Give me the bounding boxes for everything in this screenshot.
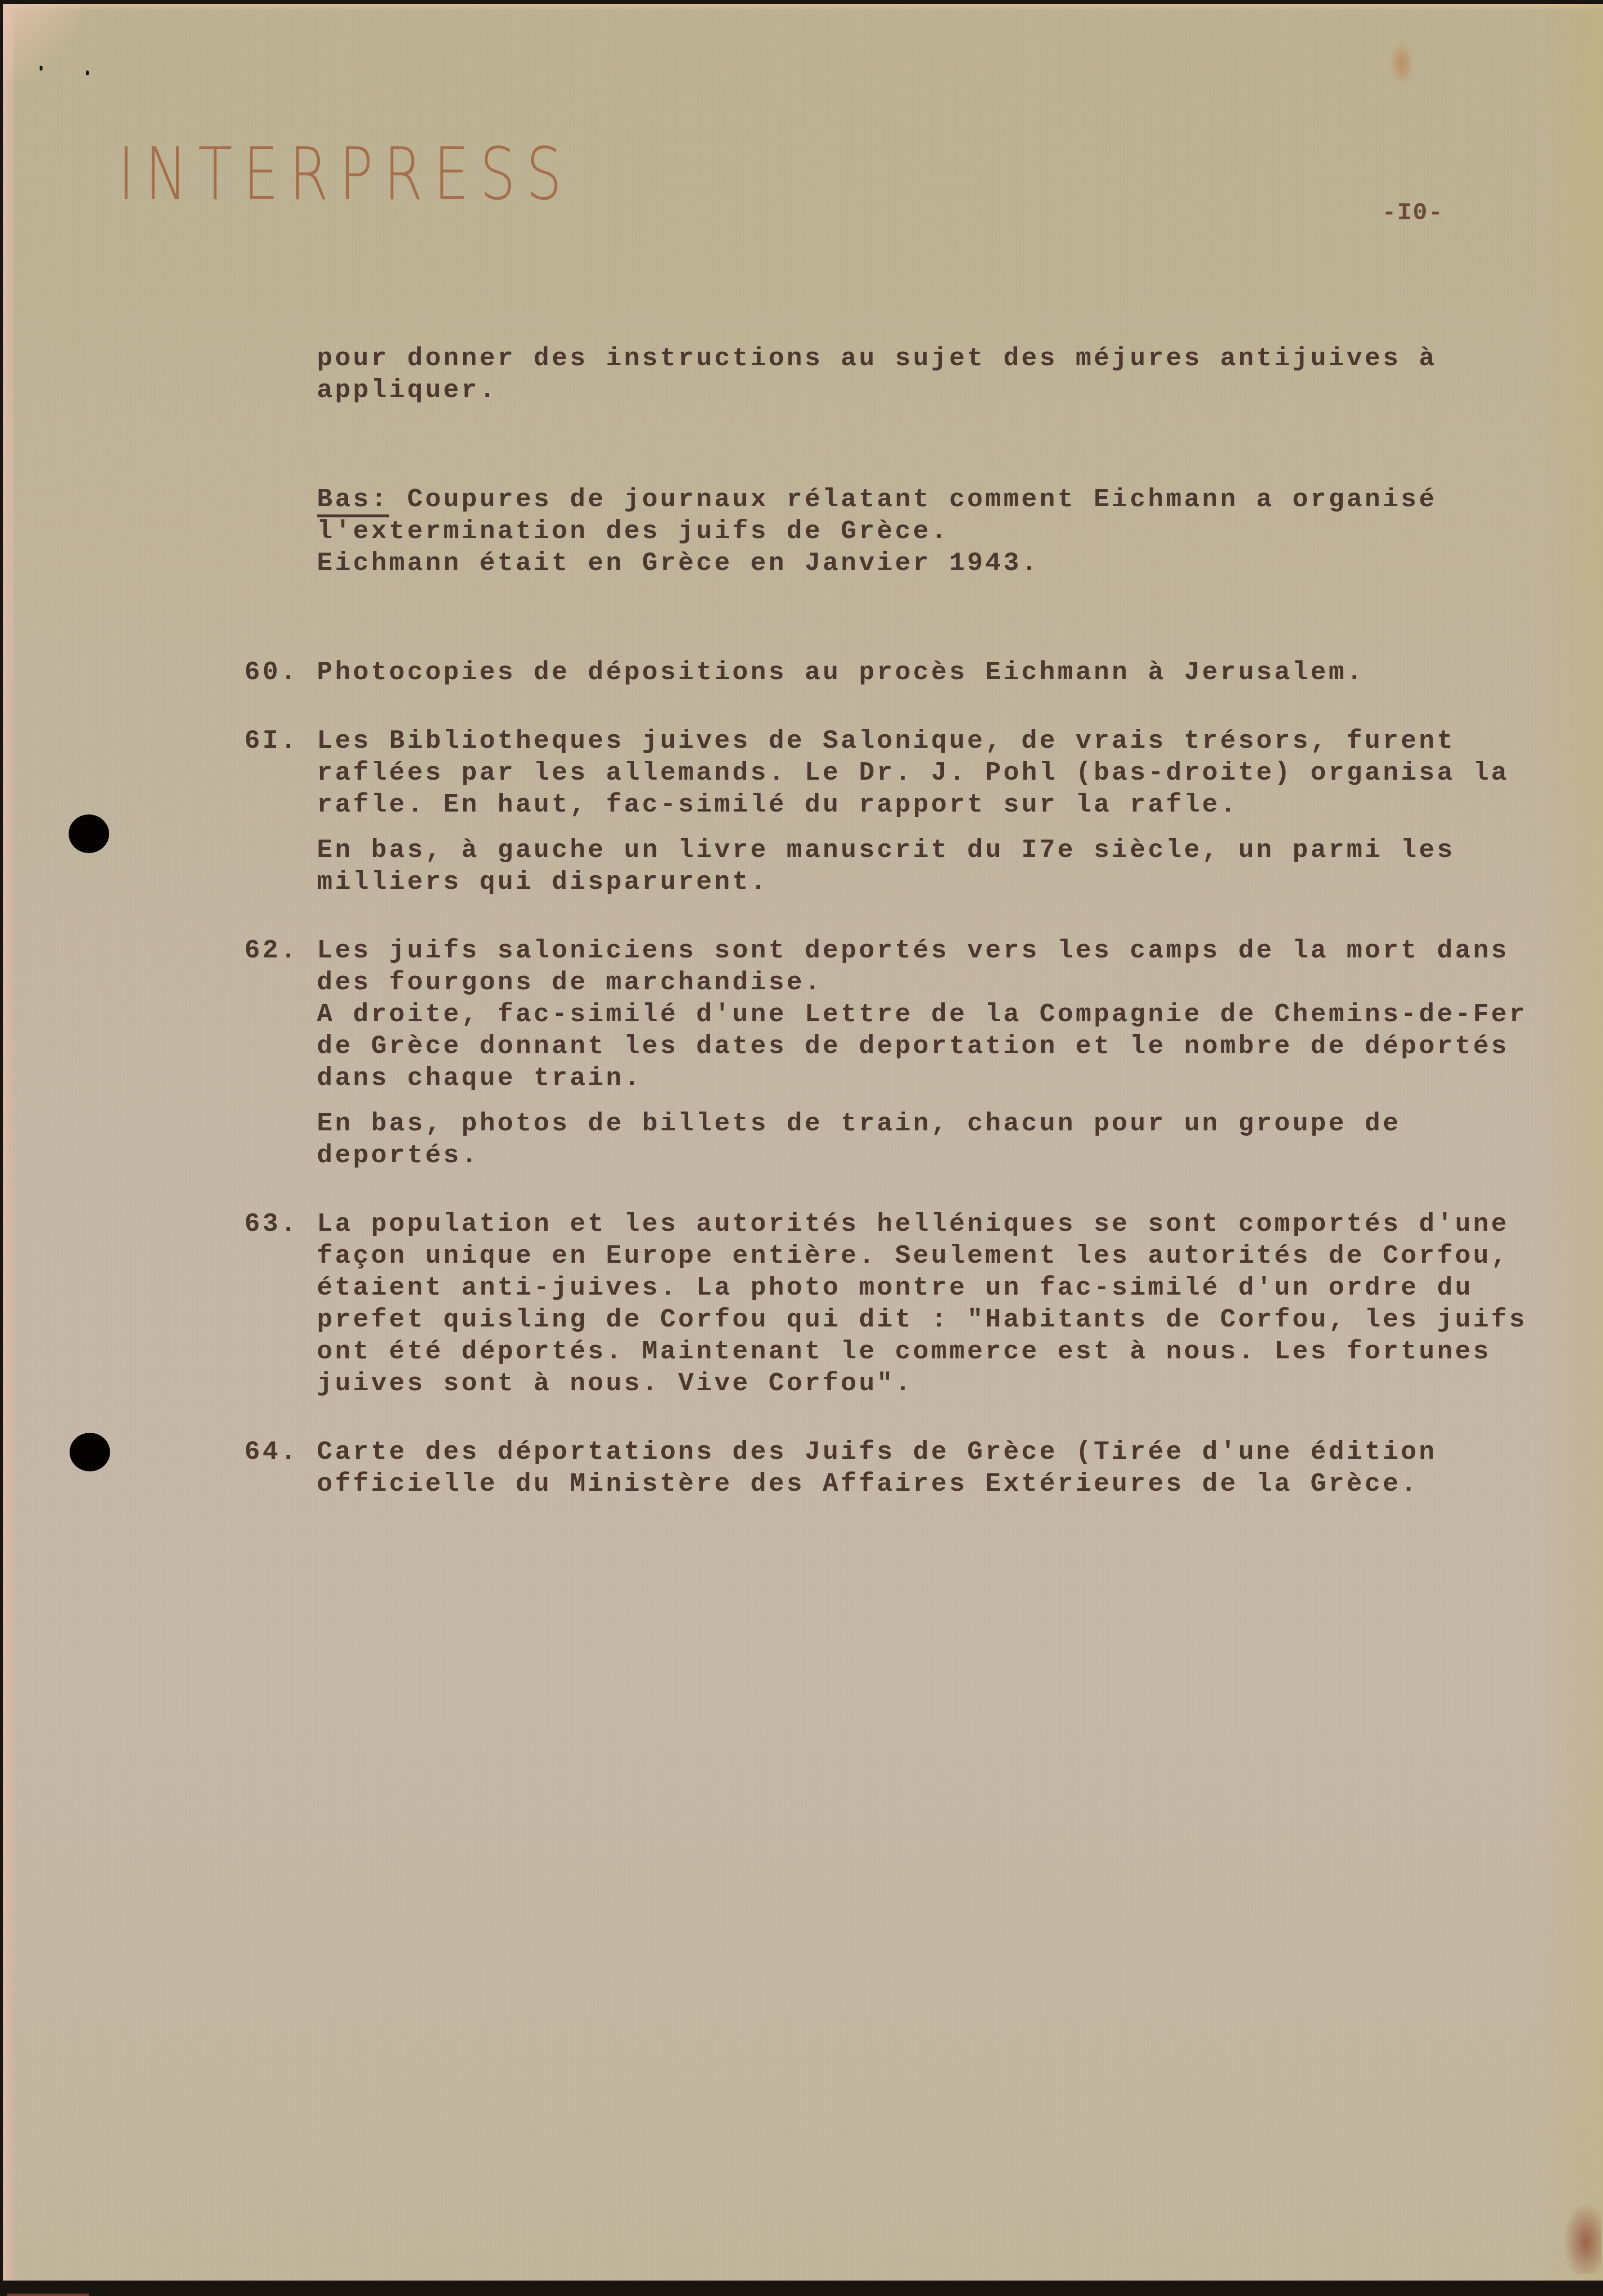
punch-hole-icon [70, 1433, 110, 1471]
list-item: 64.Carte des déportations des Juifs de G… [244, 1437, 1568, 1500]
item-text: La population et les autorités helléniqu… [317, 1209, 1568, 1400]
item-number: 63. [244, 1209, 317, 1400]
item-paragraph: En bas, photos de billets de train, chac… [317, 1108, 1568, 1172]
bas-caption: Bas: Coupures de journaux rélatant comme… [317, 484, 1568, 580]
page-number: -I0- [1382, 200, 1444, 227]
letterhead: INTERPRESS [118, 138, 572, 211]
item-text: Les Bibliotheques juives de Salonique, d… [317, 726, 1568, 898]
item-text: Photocopies de dépositions au procès Eic… [317, 657, 1568, 689]
item-paragraph: Les juifs saloniciens sont deportés vers… [317, 935, 1568, 1095]
item-number: 60. [244, 657, 317, 689]
list-item: 6I.Les Bibliotheques juives de Salonique… [244, 726, 1568, 898]
item-text: Carte des déportations des Juifs de Grèc… [317, 1437, 1568, 1500]
ink-speck [40, 66, 43, 71]
item-paragraph: Carte des déportations des Juifs de Grèc… [317, 1437, 1568, 1500]
continuation-line: pour donner des instructions au sujet de… [317, 343, 1568, 407]
item-number: 64. [244, 1437, 317, 1500]
item-paragraph: Photocopies de dépositions au procès Eic… [317, 657, 1568, 689]
item-text: Les juifs saloniciens sont deportés vers… [317, 935, 1568, 1172]
item-number: 62. [244, 935, 317, 1172]
continuation-block: pour donner des instructions au sujet de… [317, 279, 1568, 643]
list-item: 62.Les juifs saloniciens sont deportés v… [244, 935, 1568, 1172]
paper-edge-top [3, 4, 1603, 11]
item-paragraph: La population et les autorités helléniqu… [317, 1209, 1568, 1400]
bas-text: Coupures de journaux rélatant comment Ei… [317, 485, 1455, 578]
bas-label: Bas: [317, 485, 389, 517]
rust-stain [1563, 2202, 1602, 2274]
item-paragraph: En bas, à gauche un livre manuscrit du I… [317, 835, 1568, 898]
ink-speck [86, 71, 89, 75]
paper-edge-left [3, 4, 14, 2281]
item-paragraph: Les Bibliotheques juives de Salonique, d… [317, 726, 1568, 821]
numbered-items: 60.Photocopies de dépositions au procès … [244, 657, 1568, 1500]
document-page: INTERPRESS -I0- pour donner des instruct… [3, 4, 1603, 2281]
item-number: 6I. [244, 726, 317, 898]
punch-hole-icon [69, 814, 109, 853]
typed-body: pour donner des instructions au sujet de… [244, 279, 1568, 1537]
list-item: 60.Photocopies de dépositions au procès … [244, 657, 1568, 689]
stain-spot [1390, 42, 1413, 86]
list-item: 63.La population et les autorités hellén… [244, 1209, 1568, 1400]
